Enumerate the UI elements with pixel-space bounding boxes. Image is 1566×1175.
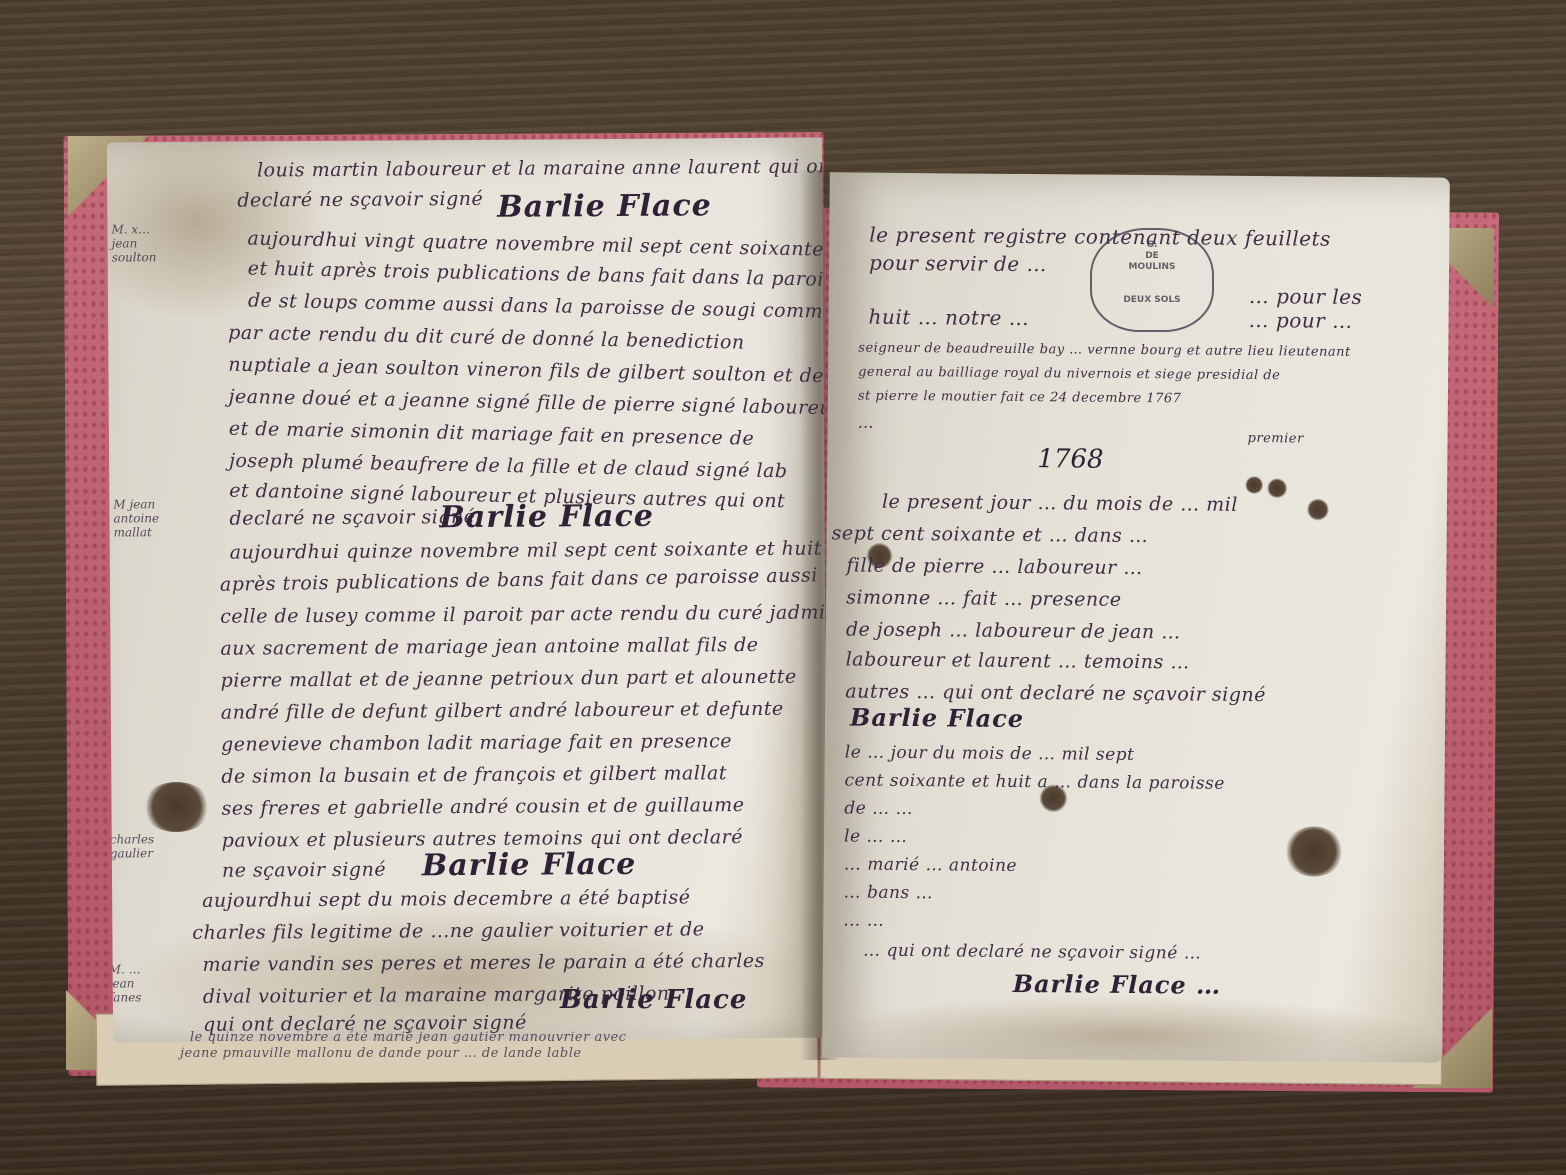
header-signature: premier: [1248, 431, 1304, 446]
priest-signature: Barlie Flace: [439, 499, 654, 535]
handwritten-line: declaré ne sçavoir signé: [237, 188, 483, 212]
handwritten-line: de simon la busain et de françois et gil…: [221, 762, 727, 788]
handwritten-line: … pour …: [1248, 308, 1352, 333]
handwritten-line: pour servir de …: [869, 251, 1047, 277]
priest-signature: Barlie Flace: [422, 847, 637, 883]
margin-note-2: M jean antoine mallat: [113, 497, 173, 539]
handwritten-line: le present jour … du mois de … mil: [882, 491, 1238, 516]
handwritten-line: aujourdhui vingt quatre novembre mil sep…: [247, 228, 824, 261]
handwritten-line: … …: [843, 910, 884, 930]
handwritten-line: st pierre le moutier fait ce 24 decembre…: [858, 389, 1182, 407]
handwritten-line-faint: jeane pmauville mallonu de dande pour … …: [180, 1046, 582, 1061]
priest-signature: Barlie Flace: [850, 703, 1024, 734]
handwritten-line: ne sçavoir signé: [222, 859, 386, 882]
handwritten-line: … qui ont declaré ne sçavoir signé …: [863, 941, 1201, 964]
handwritten-line-faint: le quinze novembre a été marié jean gaut…: [190, 1030, 627, 1045]
stamp-text-4: DEUX SOLS: [1092, 295, 1212, 306]
margin-note-1: M. x… jean soulton: [111, 222, 171, 264]
handwritten-line: aujourdhui quinze novembre mil sept cent…: [230, 538, 822, 564]
left-page: M. x… jean soulton M jean antoine mallat…: [107, 138, 828, 1043]
handwritten-line: aux sacrement de mariage jean antoine ma…: [220, 634, 758, 660]
handwritten-line: … marié … antoine: [844, 854, 1017, 876]
handwritten-line: genevieve chambon ladit mariage fait en …: [221, 730, 732, 756]
handwritten-line: de … …: [844, 798, 913, 819]
priest-signature: Barlie Flace: [497, 188, 712, 224]
handwritten-line: seigneur de beaudreuille bay … vernne bo…: [858, 341, 1351, 360]
handwritten-line: par acte rendu du dit curé de donné la b…: [228, 322, 745, 354]
stamp-text-2: DE: [1092, 251, 1212, 262]
handwritten-line: et huit après trois publications de bans…: [248, 258, 829, 292]
handwritten-line: fille de pierre … laboureur …: [846, 554, 1143, 579]
handwritten-line: charles fils legitime de …ne gaulier voi…: [192, 918, 704, 944]
stamp-text-1: G.: [1092, 240, 1212, 251]
handwritten-line: jeanne doué et a jeanne signé fille de p…: [228, 386, 828, 420]
handwritten-line: huit … notre …: [869, 305, 1030, 330]
handwritten-line: aujourdhui sept du mois decembre a été b…: [202, 886, 690, 911]
handwritten-line: de joseph … laboureur de jean …: [846, 618, 1181, 643]
handwritten-line: cent soixante et huit a … dans la parois…: [844, 770, 1225, 793]
handwritten-line: general au bailliage royal du nivernois …: [858, 365, 1280, 384]
handwritten-line: simonne … fait … presence: [846, 586, 1122, 610]
margin-note-4: M. … jean fanes: [109, 962, 169, 1004]
handwritten-line: nuptiale a jean soulton vineron fils de …: [228, 354, 824, 387]
handwritten-line: … pour les: [1249, 284, 1363, 309]
stamp-text-3: MOULINS: [1092, 262, 1212, 273]
handwritten-line: le … jour du mois de … mil sept: [845, 742, 1135, 765]
handwritten-line: …: [858, 413, 875, 432]
handwritten-line: laboureur et laurent … temoins …: [846, 648, 1190, 673]
margin-note-3: charles gaulier: [110, 832, 170, 860]
handwritten-line: joseph plumé beaufrere de la fille et de…: [229, 450, 788, 483]
handwritten-line: … bans …: [844, 882, 934, 903]
handwritten-line: sept cent soixante et … dans …: [832, 522, 1149, 547]
year-heading: 1768: [1037, 444, 1103, 475]
handwritten-line: celle de lusey comme il paroit par acte …: [220, 601, 828, 627]
handwritten-line: de st loups comme aussi dans la paroisse…: [248, 290, 828, 325]
priest-signature: Barlie Flace: [560, 985, 747, 1015]
handwritten-line: pierre mallat et de jeanne petrioux dun …: [221, 666, 797, 692]
handwritten-line: marie vandin ses peres et meres le parai…: [203, 950, 765, 976]
handwritten-line: après trois publications de bans fait da…: [220, 563, 828, 595]
tax-stamp: G. DE MOULINS DEUX SOLS: [1090, 228, 1214, 332]
handwritten-line: le … …: [844, 826, 907, 847]
handwritten-line: ses freres et gabrielle andré cousin et …: [221, 794, 744, 820]
handwritten-line: et de marie simonin dit mariage fait en …: [229, 418, 755, 450]
handwritten-line: andré fille de defunt gilbert andré labo…: [221, 698, 784, 724]
handwritten-line: louis martin laboureur et la maraine ann…: [257, 155, 828, 181]
priest-signature: Barlie Flace …: [1013, 969, 1222, 1000]
